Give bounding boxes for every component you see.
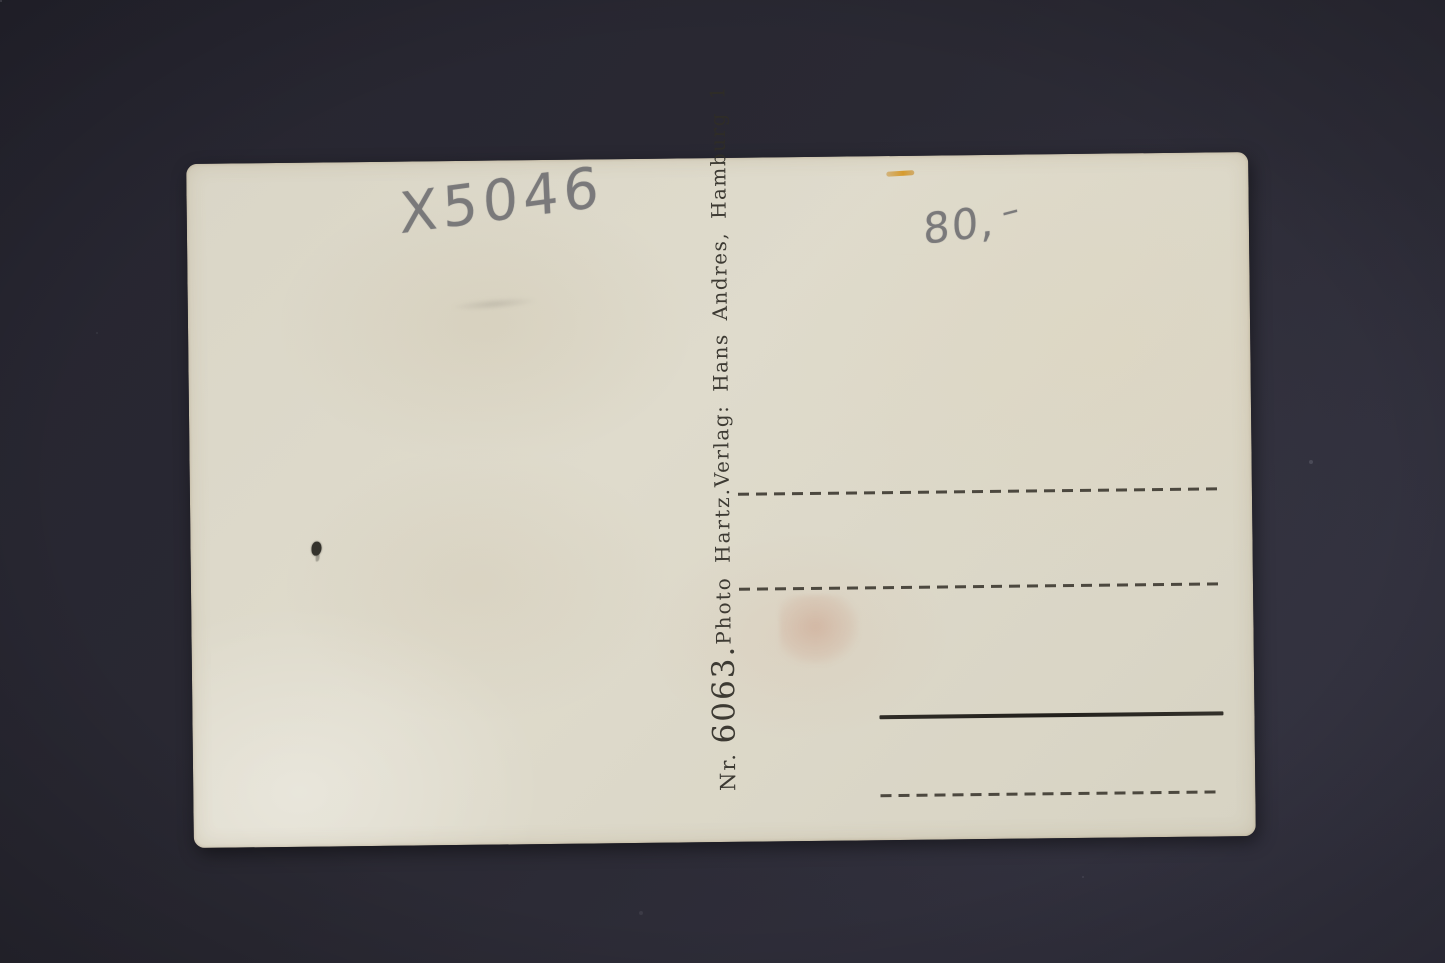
imprint-number: Nr. 6063. (706, 645, 744, 792)
address-line-3-solid (879, 711, 1223, 719)
ink-spot (311, 542, 321, 556)
orange-stain-streak (886, 170, 914, 177)
handwritten-price: 80, – (923, 193, 1021, 254)
imprint-publisher: Verlag: Hans Andres, Hamburg 1 (705, 85, 734, 487)
imprint-divider: Nr. 6063. Photo Hartz. Verlag: Hans Andr… (696, 233, 748, 791)
photo-stage: X5046 80, – Nr. 6063. Photo Hartz. Verla… (0, 0, 1445, 963)
imprint-number-label: Nr. (716, 752, 740, 791)
postcard-back: X5046 80, – Nr. 6063. Photo Hartz. Verla… (186, 152, 1256, 848)
address-line-2 (739, 582, 1220, 590)
price-dash: – (998, 189, 1023, 233)
rust-stain (779, 594, 860, 665)
address-line-4 (880, 790, 1222, 797)
handwritten-catalog-number: X5046 (398, 155, 605, 248)
price-amount: 80, (923, 196, 996, 254)
address-line-1 (738, 487, 1224, 496)
pencil-smudge (449, 295, 538, 313)
imprint-number-value: 6063. (706, 645, 743, 744)
imprint-photographer: Photo Hartz. (710, 487, 736, 645)
